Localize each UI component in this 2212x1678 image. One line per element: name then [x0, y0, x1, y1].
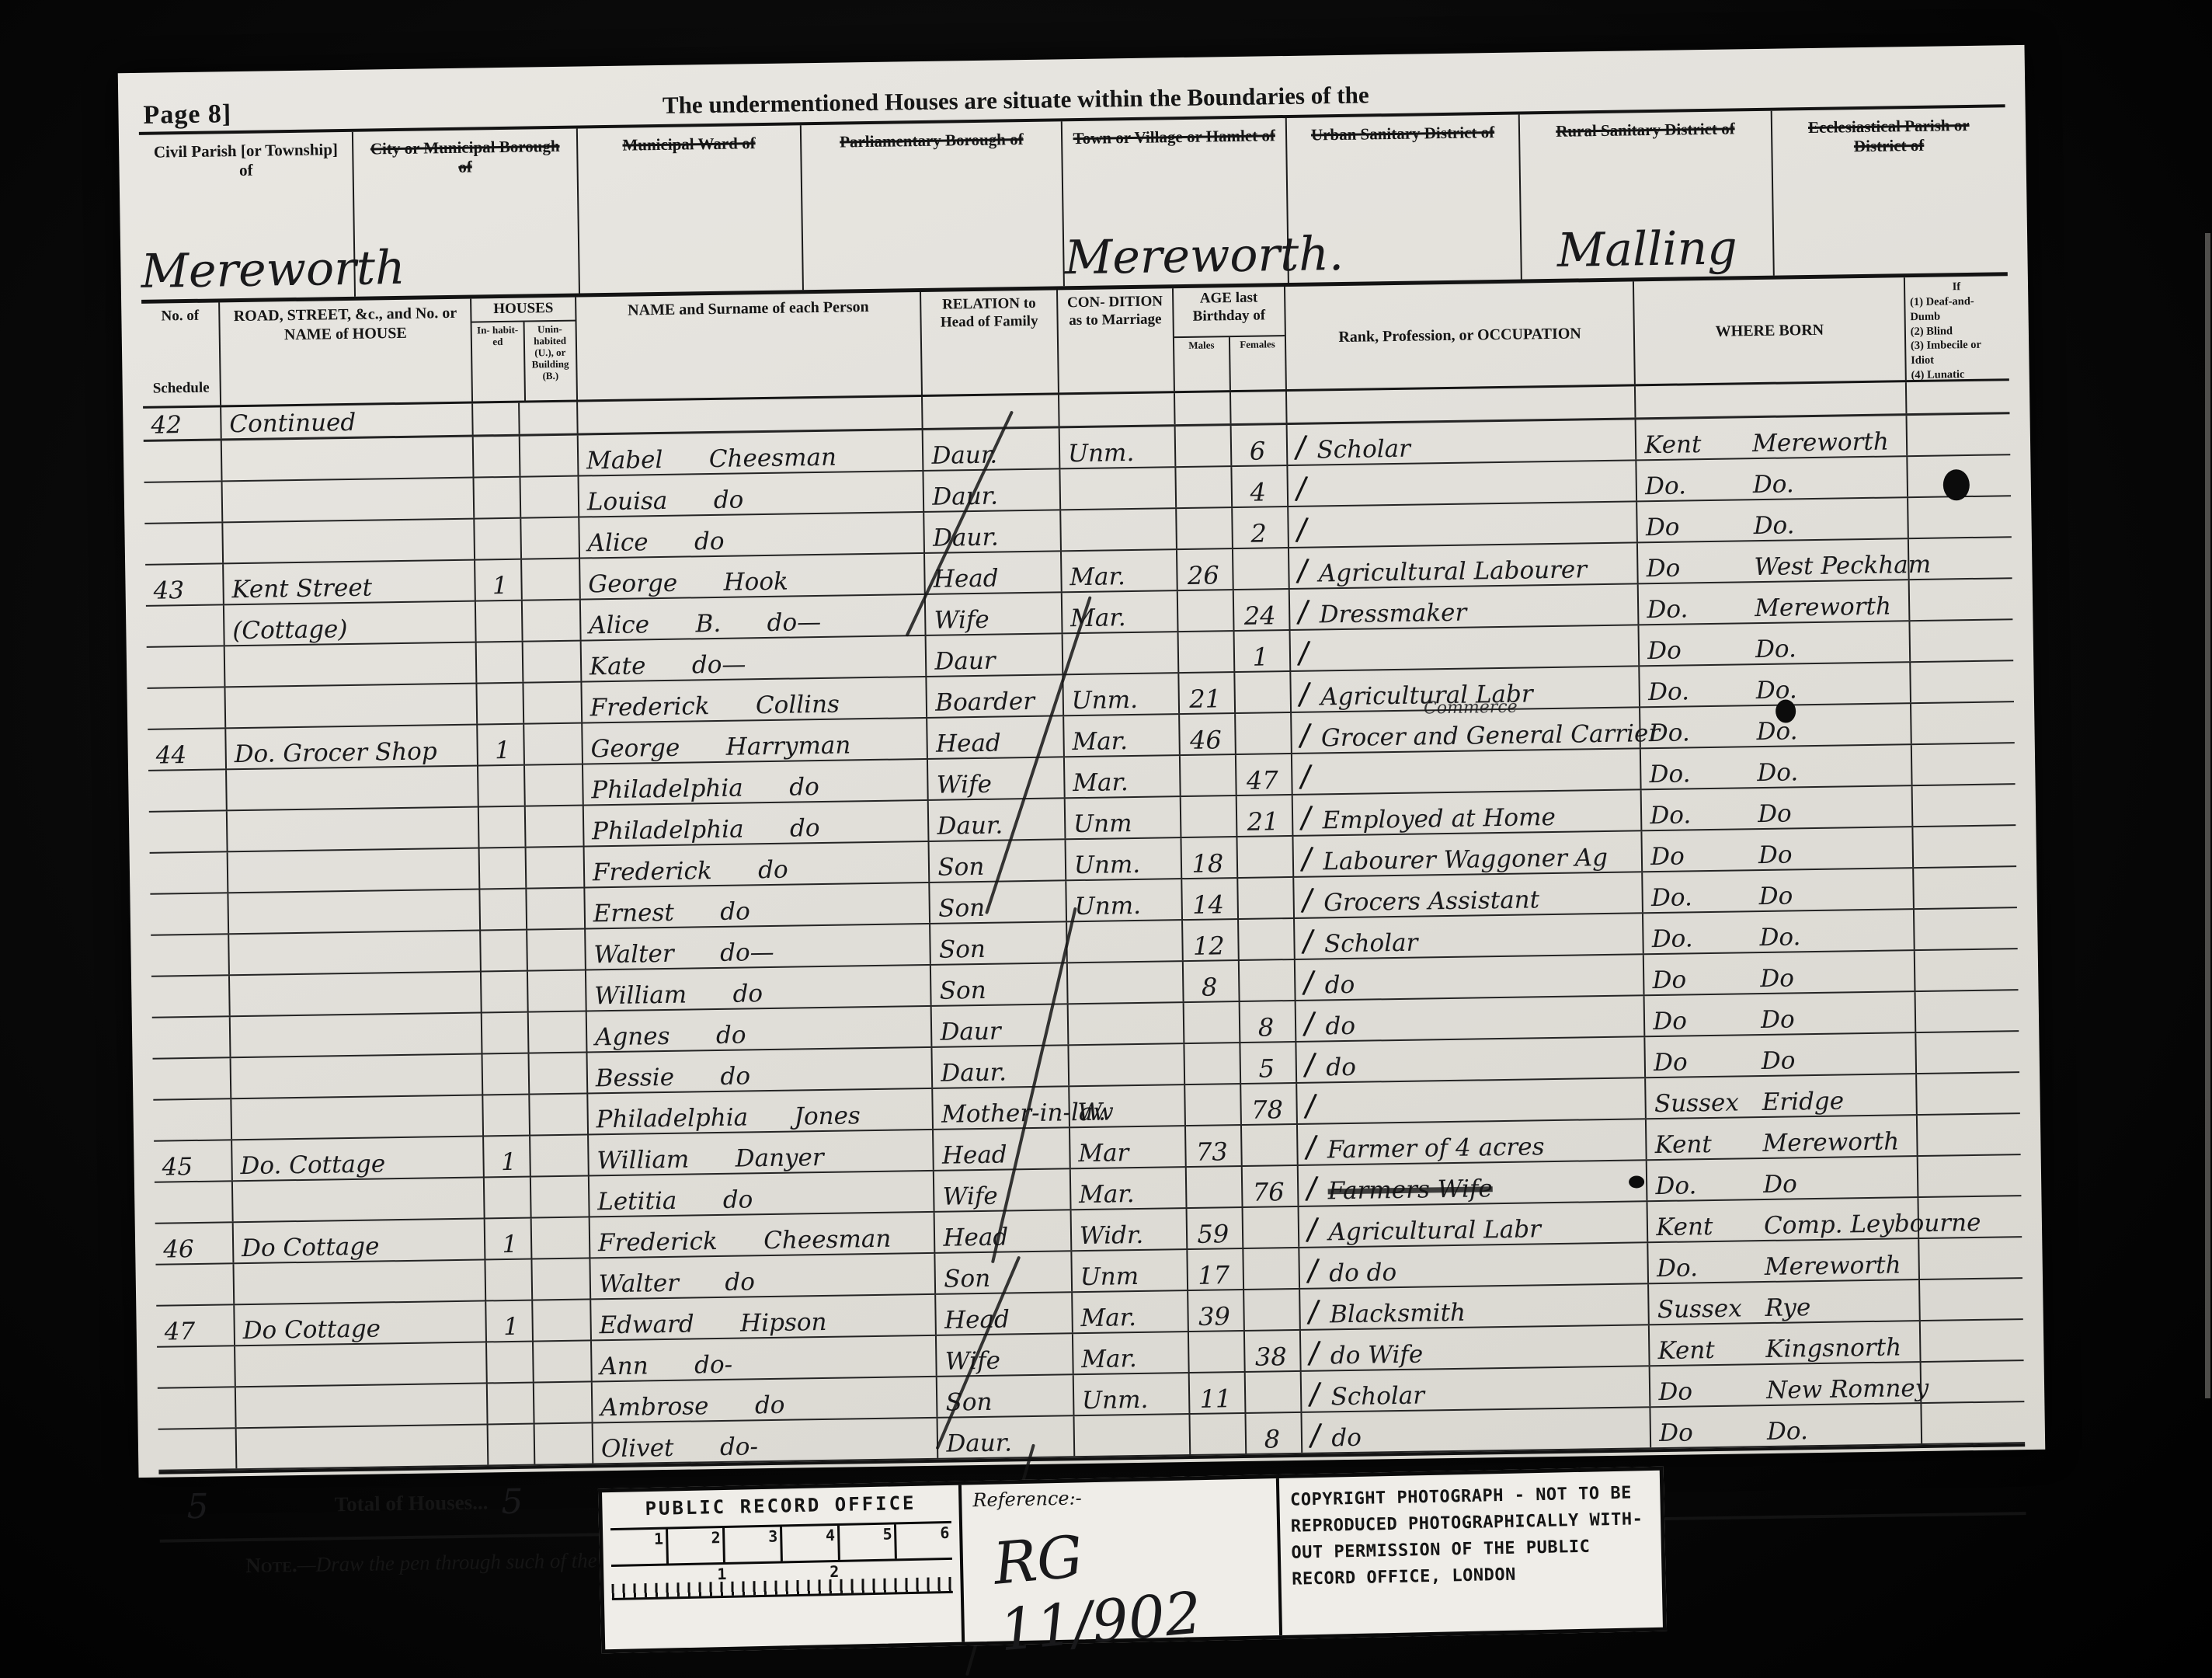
- where-born: Sussex Rye: [1649, 1280, 1920, 1324]
- houses-inhabited: 1: [485, 1219, 533, 1259]
- relation-to-head: Daur.: [929, 799, 1066, 841]
- occupation-text: Agricultural Labr: [1328, 1217, 1541, 1245]
- age-male: [1181, 755, 1237, 795]
- stamp-office-name: PUBLIC RECORD OFFICE: [610, 1492, 951, 1520]
- tally-tick-mark: /: [1305, 1213, 1319, 1245]
- occupation: /: [1290, 625, 1640, 670]
- disability-cell: [1908, 496, 2012, 538]
- born-place: Do: [1759, 884, 1793, 909]
- schedule-number: [157, 1346, 236, 1387]
- where-born: Do Do.: [1637, 498, 1908, 541]
- age-female: 21: [1237, 795, 1294, 836]
- col-header-females: Females: [1230, 336, 1285, 390]
- road-street-house: Do Cottage: [234, 1219, 486, 1262]
- born-county: Sussex: [1654, 1091, 1762, 1116]
- road-street-house: [229, 931, 482, 974]
- where-born: Do. Do.: [1637, 457, 1908, 500]
- where-born: Do Do.: [1651, 1404, 1922, 1447]
- marriage-condition: Mar.: [1064, 715, 1181, 756]
- col-header-road: ROAD, STREET, &c., and No. or NAME of HO…: [220, 299, 473, 406]
- header-box-municipal-ward: Municipal Ward of: [578, 125, 804, 293]
- person-name: Frederick Collins: [582, 677, 927, 722]
- houses-uninhabited: [528, 929, 586, 970]
- person-name: Frederick do: [584, 842, 930, 887]
- houses-inhabited: [476, 601, 523, 642]
- tally-tick-mark: /: [1297, 678, 1311, 710]
- relation-to-head: Wife: [928, 757, 1065, 799]
- born-county: Do.: [1655, 1173, 1763, 1199]
- disability-cell: [1916, 1032, 2019, 1073]
- schedule-number: [150, 852, 229, 893]
- occupation: / Commerce Grocer and General Carrier: [1292, 708, 1641, 753]
- marriage-condition: Unm.: [1074, 1373, 1191, 1415]
- where-born: Kent Kingsnorth: [1650, 1321, 1921, 1365]
- marriage-condition: [1068, 962, 1184, 1003]
- occupation: / Farmer of 4 acres: [1298, 1119, 1647, 1165]
- houses-uninhabited: [529, 1011, 587, 1052]
- relation-to-head: Son: [931, 963, 1068, 1005]
- houses-uninhabited: [522, 559, 580, 600]
- age-male: [1181, 796, 1237, 837]
- header-box-label: City or Municipal Borough of: [353, 137, 576, 179]
- disability-cell: [1907, 381, 2010, 413]
- marriage-condition: Unm.: [1059, 426, 1176, 468]
- marriage-condition: [1068, 1003, 1184, 1044]
- relation-to-head: Head: [934, 1128, 1070, 1170]
- houses-uninhabited: [522, 518, 580, 559]
- houses-inhabited: 1: [478, 725, 526, 765]
- road-street-house: [237, 1425, 489, 1468]
- header-box-value: [1289, 275, 1521, 278]
- houses-uninhabited: [524, 683, 583, 723]
- houses-uninhabited: [525, 724, 583, 764]
- born-place: Do.: [1756, 678, 1797, 703]
- occupation-text: Farmers Wife: [1327, 1177, 1493, 1203]
- occupation: /: [1288, 461, 1637, 506]
- houses-uninhabited: [534, 1382, 593, 1422]
- age-male: 39: [1188, 1290, 1245, 1331]
- born-place: Do: [1758, 802, 1792, 827]
- schedule-number: [144, 482, 224, 522]
- col-header-disability: If (1) Deaf-and-Dumb (2) Blind (3) Imbec…: [1905, 276, 2009, 380]
- age-female: [1243, 1248, 1300, 1289]
- header-box-value: Mereworth: [141, 245, 354, 295]
- marriage-condition: Unm: [1072, 1250, 1188, 1291]
- born-place: Do.: [1755, 637, 1796, 662]
- occupation: /: [1297, 1078, 1647, 1123]
- col-header-inhabited: In- habit- ed: [472, 322, 526, 401]
- schedule-number: [147, 688, 226, 728]
- header-box-label: Urban Sanitary District of: [1287, 123, 1519, 146]
- person-name: Philadelphia Jones: [588, 1089, 934, 1134]
- schedule-number: [158, 1387, 237, 1428]
- where-born: Kent Mereworth: [1636, 416, 1908, 459]
- houses-inhabited: [489, 1425, 536, 1465]
- tally-tick-mark: /: [1296, 637, 1310, 669]
- occupation-text: Scholar: [1330, 1384, 1424, 1410]
- occupation-text: Agricultural Labourer: [1319, 558, 1588, 586]
- person-name: Bessie do: [587, 1048, 933, 1093]
- occupation: / Employed at Home: [1293, 790, 1643, 835]
- marriage-condition: [1069, 1044, 1185, 1085]
- disability-cell: [1911, 661, 2014, 702]
- houses-uninhabited: [520, 436, 579, 476]
- houses-inhabited: [478, 684, 525, 724]
- age-female: 47: [1236, 754, 1293, 795]
- marriage-condition: Unm: [1066, 797, 1182, 838]
- schedule-number: [144, 523, 224, 563]
- schedule-number: [147, 646, 226, 687]
- road-street-house: Continued: [221, 404, 474, 439]
- person-name: Walter do: [590, 1254, 936, 1299]
- header-box-label: Rural Sanitary District of: [1520, 119, 1771, 142]
- disability-cell: [1918, 1114, 2021, 1155]
- header-box-value: [580, 285, 802, 288]
- born-county: Do: [1653, 1008, 1761, 1034]
- tally-tick-mark: /: [1299, 843, 1313, 875]
- houses-inhabited: [475, 478, 522, 518]
- born-county: [1644, 414, 1752, 416]
- person-name: Ann do-: [592, 1336, 937, 1381]
- header-box-label: Town or Village or Hamlet of: [1063, 126, 1285, 148]
- reference-value: RG 11/902: [991, 1507, 1273, 1665]
- where-born: Kent Mereworth: [1647, 1116, 1918, 1159]
- occupation: / Blacksmith: [1300, 1284, 1650, 1329]
- occupation: / Scholar: [1295, 914, 1644, 959]
- tally-tick-mark: /: [1308, 1378, 1322, 1410]
- houses-inhabited: [474, 437, 521, 477]
- occupation: / Scholar: [1302, 1366, 1651, 1412]
- age-female: [1231, 392, 1288, 423]
- schedule-number: [153, 1058, 232, 1098]
- schedule-number: [151, 935, 230, 975]
- marriage-condition: Unm.: [1063, 674, 1180, 715]
- occupation: / Dressmaker: [1290, 584, 1640, 629]
- houses-uninhabited: [523, 642, 582, 682]
- occupation: / do: [1296, 1037, 1646, 1082]
- houses-inhabited: [480, 848, 527, 889]
- disability-cell: [1909, 579, 2012, 620]
- born-place: Kingsnorth: [1765, 1335, 1901, 1362]
- occupation-text: do: [1326, 1056, 1356, 1081]
- age-male: [1184, 1043, 1241, 1084]
- occupation: / Agricultural Labourer: [1289, 543, 1639, 588]
- born-place: Do.: [1756, 719, 1797, 744]
- houses-uninhabited: [530, 1053, 588, 1093]
- schedule-number: [150, 893, 229, 934]
- houses-uninhabited: [527, 889, 586, 929]
- road-street-house: [225, 643, 478, 687]
- tally-tick-mark: /: [1305, 1172, 1319, 1204]
- header-box-value: Malling: [1522, 225, 1772, 275]
- relation-to-head: Wife: [926, 593, 1063, 635]
- born-county: Do.: [1645, 473, 1753, 499]
- occupation: / Labourer Waggoner Ag: [1293, 831, 1643, 876]
- disability-cell: [1909, 538, 2012, 579]
- born-place: Do.: [1753, 513, 1794, 538]
- age-male: 12: [1183, 920, 1240, 960]
- person-name: Alice do: [579, 513, 925, 558]
- occupation: / do do: [1299, 1243, 1649, 1288]
- relation-to-head: Head: [925, 552, 1062, 594]
- schedule-number: [152, 1017, 231, 1057]
- age-female: [1240, 960, 1296, 1001]
- where-born: Do Do.: [1640, 621, 1911, 665]
- born-county: Kent: [1657, 1338, 1765, 1363]
- where-born: Do Do: [1646, 1033, 1917, 1077]
- tally-tick-mark: /: [1301, 925, 1315, 957]
- age-male: 21: [1179, 673, 1236, 713]
- born-place: Mereworth: [1752, 430, 1889, 457]
- occupation: /: [1292, 749, 1642, 794]
- born-county: Do.: [1647, 597, 1755, 622]
- occupation-text: Farmer of 4 acres: [1327, 1135, 1545, 1162]
- occupation-text: Labourer Waggoner Ag: [1323, 846, 1608, 874]
- road-street-house: [228, 808, 480, 851]
- born-county: Sussex: [1657, 1297, 1765, 1322]
- marriage-condition: [1063, 632, 1179, 674]
- houses-inhabited: [482, 972, 529, 1012]
- marriage-condition: W.: [1069, 1085, 1186, 1126]
- person-name: Edward Hipson: [591, 1295, 937, 1340]
- marriage-condition: [1060, 468, 1177, 509]
- schedule-number: 43: [145, 564, 224, 604]
- where-born: Do. Do.: [1640, 663, 1911, 706]
- header-box-rural-sanitary: Rural Sanitary District of Malling: [1520, 111, 1775, 280]
- born-place: Do.: [1767, 1419, 1808, 1444]
- age-female: [1238, 878, 1295, 918]
- schedule-number: [149, 811, 228, 851]
- houses-inhabited: [487, 1342, 534, 1383]
- tally-tick-mark: /: [1306, 1296, 1320, 1328]
- age-female: 6: [1231, 425, 1288, 465]
- relation-to-head: Wife: [937, 1334, 1073, 1376]
- age-male: [1175, 426, 1232, 466]
- marriage-condition: Mar.: [1073, 1291, 1189, 1332]
- houses-uninhabited: [530, 1135, 589, 1175]
- relation-to-head: Mother-in-law: [934, 1087, 1070, 1129]
- born-place: Do.: [1759, 925, 1800, 950]
- where-born: Do. Mereworth: [1639, 580, 1910, 624]
- where-born: Do New Romney: [1650, 1363, 1922, 1406]
- age-female: [1233, 548, 1290, 589]
- relation-to-head: Daur.: [933, 1046, 1069, 1088]
- road-street-house: (Cottage): [224, 602, 477, 646]
- houses-inhabited: [473, 403, 520, 435]
- age-female: 1: [1234, 631, 1291, 671]
- occupation-text: Grocer and General Carrier: [1321, 722, 1661, 750]
- person-name: Philadelphia do: [583, 760, 929, 805]
- born-place: Do: [1762, 1049, 1796, 1074]
- where-born: Do Do: [1644, 951, 1915, 994]
- houses-uninhabited: [521, 477, 579, 517]
- header-box-value: [804, 281, 1063, 285]
- born-county: Do: [1654, 1050, 1762, 1075]
- person-name: Philadelphia do: [584, 801, 930, 846]
- person-name: George Hook: [580, 554, 926, 599]
- occupation: / do: [1296, 996, 1646, 1041]
- born-county: Do: [1647, 638, 1755, 663]
- tally-tick-mark: /: [1296, 555, 1309, 587]
- age-female: [1236, 713, 1292, 754]
- road-street-house: Kent Street: [224, 561, 476, 604]
- marriage-condition: Mar.: [1065, 756, 1181, 797]
- census-rows: 42 Continued Mabel Cheesman Daur. Unm. 6…: [143, 381, 2025, 1471]
- tally-tick-mark: /: [1302, 966, 1316, 998]
- born-county: Do: [1659, 1420, 1767, 1446]
- tally-tick-mark: /: [1303, 1008, 1316, 1039]
- tally-tick-mark: /: [1308, 1419, 1322, 1451]
- disability-cell: [1915, 990, 2019, 1032]
- age-male: [1176, 467, 1233, 507]
- age-male: [1187, 1167, 1243, 1207]
- age-female: 78: [1241, 1084, 1298, 1124]
- occupation-text: Scholar: [1316, 437, 1410, 463]
- road-street-house: [233, 1178, 485, 1221]
- born-place: Do: [1758, 843, 1793, 868]
- born-county: Do.: [1652, 926, 1760, 952]
- age-male: 46: [1180, 714, 1236, 754]
- born-place: Do.: [1753, 472, 1794, 497]
- disability-cell: [1914, 867, 2017, 908]
- disability-cell: [1912, 743, 2015, 785]
- col-header-name: NAME and Surname of each Person: [576, 292, 923, 400]
- marriage-condition: [1074, 1415, 1191, 1456]
- stamp-reference-section: Reference:- RG 11/902: [962, 1478, 1282, 1642]
- tally-tick-mark: /: [1303, 1090, 1317, 1122]
- schedule-number: 42: [143, 407, 222, 439]
- born-place: Rye: [1765, 1296, 1810, 1321]
- age-male: 11: [1190, 1373, 1247, 1413]
- where-born: Do Do: [1643, 827, 1914, 871]
- schedule-number: [155, 1264, 235, 1304]
- age-male: [1178, 590, 1235, 631]
- born-place: New Romney: [1766, 1377, 1929, 1403]
- born-county: Kent: [1644, 432, 1752, 458]
- disability-cell: [1915, 949, 2018, 990]
- houses-inhabited: [477, 642, 524, 683]
- age-female: 4: [1232, 466, 1289, 507]
- age-female: 38: [1245, 1331, 1302, 1371]
- disability-cell: [1919, 1238, 2022, 1279]
- born-place: Eridge: [1762, 1089, 1844, 1115]
- road-street-house: [231, 1095, 484, 1139]
- col-header-houses: HOUSES In- habit- ed Unin- habited (U.),…: [471, 298, 578, 402]
- relation-to-head: Head: [937, 1293, 1073, 1335]
- born-county: Do.: [1651, 885, 1759, 910]
- total-houses-label: Total of Houses...: [238, 1490, 490, 1518]
- header-box-label: Parliamentary Borough of: [802, 129, 1062, 152]
- tally-tick-mark: /: [1294, 472, 1308, 504]
- occupation-text: do do: [1329, 1261, 1396, 1286]
- age-female: [1237, 837, 1294, 877]
- col-header-males: Males: [1174, 337, 1231, 391]
- road-street-house: [225, 684, 478, 728]
- houses-inhabited: [478, 766, 526, 806]
- disability-cell: [1922, 1402, 2025, 1443]
- where-born: Do Do: [1645, 992, 1916, 1036]
- schedule-number: 47: [156, 1305, 235, 1346]
- schedule-number: [155, 1182, 234, 1222]
- age-female: 8: [1246, 1413, 1303, 1453]
- age-male: [1189, 1332, 1246, 1372]
- age-male: 14: [1182, 879, 1239, 919]
- person-name: Ernest do: [585, 883, 930, 928]
- where-born: Do. Do: [1642, 786, 1913, 830]
- age-male: 8: [1184, 961, 1240, 1001]
- born-place: Mereworth: [1755, 595, 1891, 621]
- houses-inhabited: [475, 519, 523, 559]
- where-born: Kent Comp. Leybourne: [1648, 1198, 1919, 1241]
- header-box-label: Civil Parish [or Township] of: [139, 140, 353, 182]
- age-male: [1184, 1002, 1240, 1043]
- road-street-house: [234, 1260, 486, 1304]
- schedule-number: [148, 770, 228, 810]
- born-place: West Peckham: [1754, 553, 1931, 580]
- age-male: 17: [1188, 1249, 1244, 1290]
- road-street-house: [222, 479, 475, 522]
- road-street-house: [228, 849, 481, 893]
- person-name: Frederick Cheesman: [590, 1213, 936, 1258]
- houses-uninhabited: [528, 970, 586, 1011]
- tally-tick-mark: /: [1299, 802, 1313, 834]
- age-male: 26: [1177, 549, 1234, 590]
- houses-uninhabited: [525, 765, 583, 806]
- houses-uninhabited: [531, 1176, 590, 1217]
- relation-to-head: Daur: [927, 634, 1063, 676]
- relation-to-head: [923, 395, 1059, 428]
- where-born: Do. Do.: [1643, 910, 1915, 953]
- pro-stamp: PUBLIC RECORD OFFICE 1 2 3 4 5 6 1 2 Ref…: [598, 1467, 1667, 1654]
- occupation: [1287, 386, 1636, 423]
- houses-inhabited: [485, 1178, 532, 1218]
- road-street-house: [231, 1013, 483, 1057]
- road-street-house: [223, 520, 475, 563]
- schedule-number: 45: [154, 1140, 233, 1181]
- person-name: Alice B. do—: [581, 595, 927, 640]
- houses-inhabited: [484, 1095, 531, 1136]
- marriage-condition: Unm.: [1066, 838, 1182, 879]
- born-county: Kent: [1655, 1132, 1763, 1158]
- age-female: [1244, 1290, 1301, 1330]
- census-table: No. of Schedule ROAD, STREET, &c., and N…: [141, 276, 2026, 1542]
- disability-cell: [1915, 908, 2018, 949]
- born-place: Do: [1760, 966, 1794, 991]
- houses-uninhabited: [533, 1258, 591, 1299]
- houses-inhabited: [479, 807, 527, 848]
- col-header-occupation: Rank, Profession, or OCCUPATION: [1285, 281, 1636, 389]
- born-county: Do: [1646, 514, 1754, 540]
- age-female: 24: [1234, 590, 1291, 630]
- header-boxes: Civil Parish [or Township] of Mereworth …: [139, 104, 2008, 304]
- col-header-uninhabited: Unin- habited (U.), or Building (B.): [524, 321, 576, 400]
- relation-to-head: Boarder: [927, 675, 1064, 717]
- person-name: Agnes do: [587, 1007, 933, 1052]
- tally-tick-mark: /: [1298, 719, 1312, 751]
- person-name: George Harryman: [583, 719, 928, 764]
- houses-uninhabited: [520, 402, 578, 434]
- born-county: Do.: [1650, 802, 1758, 828]
- houses-inhabited: [486, 1260, 534, 1300]
- occupation-text: Dressmaker: [1319, 601, 1466, 628]
- occupation-text: do: [1325, 1015, 1355, 1039]
- born-county: Do: [1646, 555, 1754, 581]
- occupation: /: [1289, 502, 1638, 547]
- where-born: Do. Do.: [1641, 745, 1912, 789]
- tally-tick-mark: /: [1294, 431, 1308, 463]
- marriage-condition: Widr.: [1071, 1209, 1188, 1250]
- person-name: Mabel Cheesman: [579, 430, 924, 475]
